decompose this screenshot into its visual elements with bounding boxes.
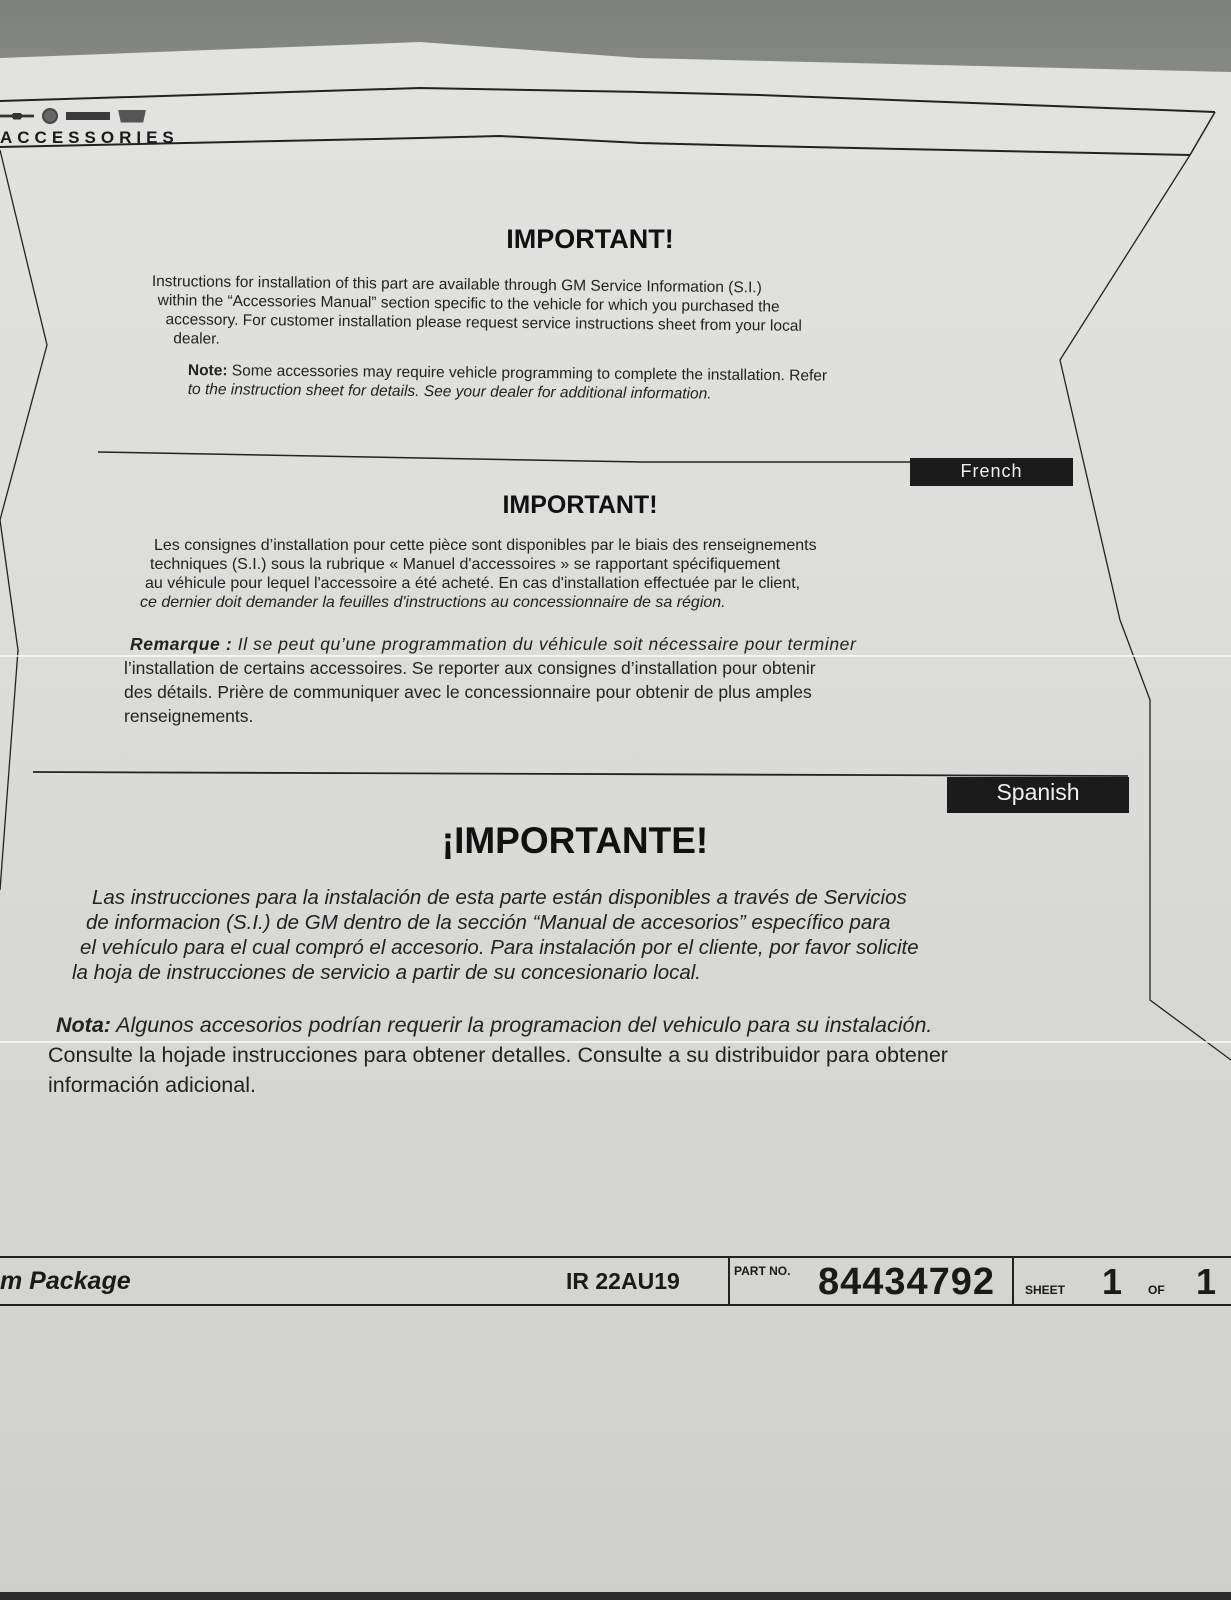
spanish-note-line: Consulte la hojade instrucciones para ob… [48, 1040, 1118, 1070]
part-number-label: PART NO. [734, 1264, 790, 1310]
spanish-note-label: Nota: [56, 1013, 111, 1037]
table-edge [0, 1592, 1231, 1600]
french-note-line: Il se peut qu’une programmation du véhic… [238, 634, 857, 654]
french-note-line: renseignements. [124, 704, 1030, 728]
cadillac-logo-icon [118, 110, 146, 123]
of-label: OF [1148, 1283, 1165, 1329]
buick-logo-icon [42, 108, 58, 124]
english-heading: IMPORTANT! [440, 224, 740, 255]
spanish-note-line: Algunos accesorios podrían requerir la p… [116, 1013, 932, 1037]
part-number: 84434792 [818, 1258, 995, 1304]
spanish-heading: ¡IMPORTANTE! [395, 820, 755, 862]
spanish-body-line: el vehículo para el cual compró el acces… [72, 935, 1082, 960]
spanish-language-tag: Spanish [947, 777, 1129, 813]
sheet-number: 1 [1102, 1258, 1122, 1304]
spanish-body-line: de informacion (S.I.) de GM dentro de la… [72, 910, 1082, 935]
french-note: Remarque : Il se peut qu’une programmati… [124, 632, 1030, 728]
title-block-divider [1012, 1258, 1014, 1304]
spanish-note-line: información adicional. [48, 1070, 1118, 1100]
title-block: m Package IR 22AU19 PART NO. 84434792 SH… [0, 1256, 1231, 1306]
gm-brand-logos [0, 108, 146, 124]
french-body-line: Les consignes d’installation pour cette … [140, 536, 1030, 555]
spanish-body-line: la hoja de instrucciones de servicio a p… [72, 960, 1082, 985]
french-note-label: Remarque : [130, 634, 232, 654]
english-note-label: Note: [188, 362, 228, 379]
french-body-line: ce dernier doit demander la feuilles d'i… [140, 593, 1030, 612]
chevrolet-logo-icon [0, 113, 34, 120]
french-language-tag: French [910, 458, 1073, 486]
spanish-body: Las instrucciones para la instalación de… [72, 885, 1082, 985]
french-body-line: au véhicule pour lequel l'accessoire a é… [140, 574, 1030, 593]
sheet-total: 1 [1196, 1258, 1216, 1304]
french-note-line: l’installation de certains accessoires. … [124, 656, 1030, 680]
revision-code: IR 22AU19 [566, 1258, 680, 1304]
title-block-divider [728, 1258, 730, 1304]
french-note-line: des détails. Prière de communiquer avec … [124, 680, 1030, 704]
english-body: Instructions for installation of this pa… [151, 272, 1022, 357]
gmc-logo-icon [66, 112, 110, 120]
french-heading: IMPORTANT! [430, 491, 730, 520]
french-body: Les consignes d’installation pour cette … [140, 536, 1030, 612]
package-name: m Package [0, 1258, 131, 1304]
spanish-body-line: Las instrucciones para la instalación de… [72, 885, 1082, 910]
sheet-label: SHEET [1025, 1283, 1065, 1329]
english-note: Note: Some accessories may require vehic… [188, 361, 988, 406]
spanish-note: Nota: Algunos accesorios podrían requeri… [48, 1010, 1118, 1100]
accessories-brand-name: ACCESSORIES [0, 128, 179, 148]
french-body-line: techniques (S.I.) sous la rubrique « Man… [140, 555, 1030, 574]
